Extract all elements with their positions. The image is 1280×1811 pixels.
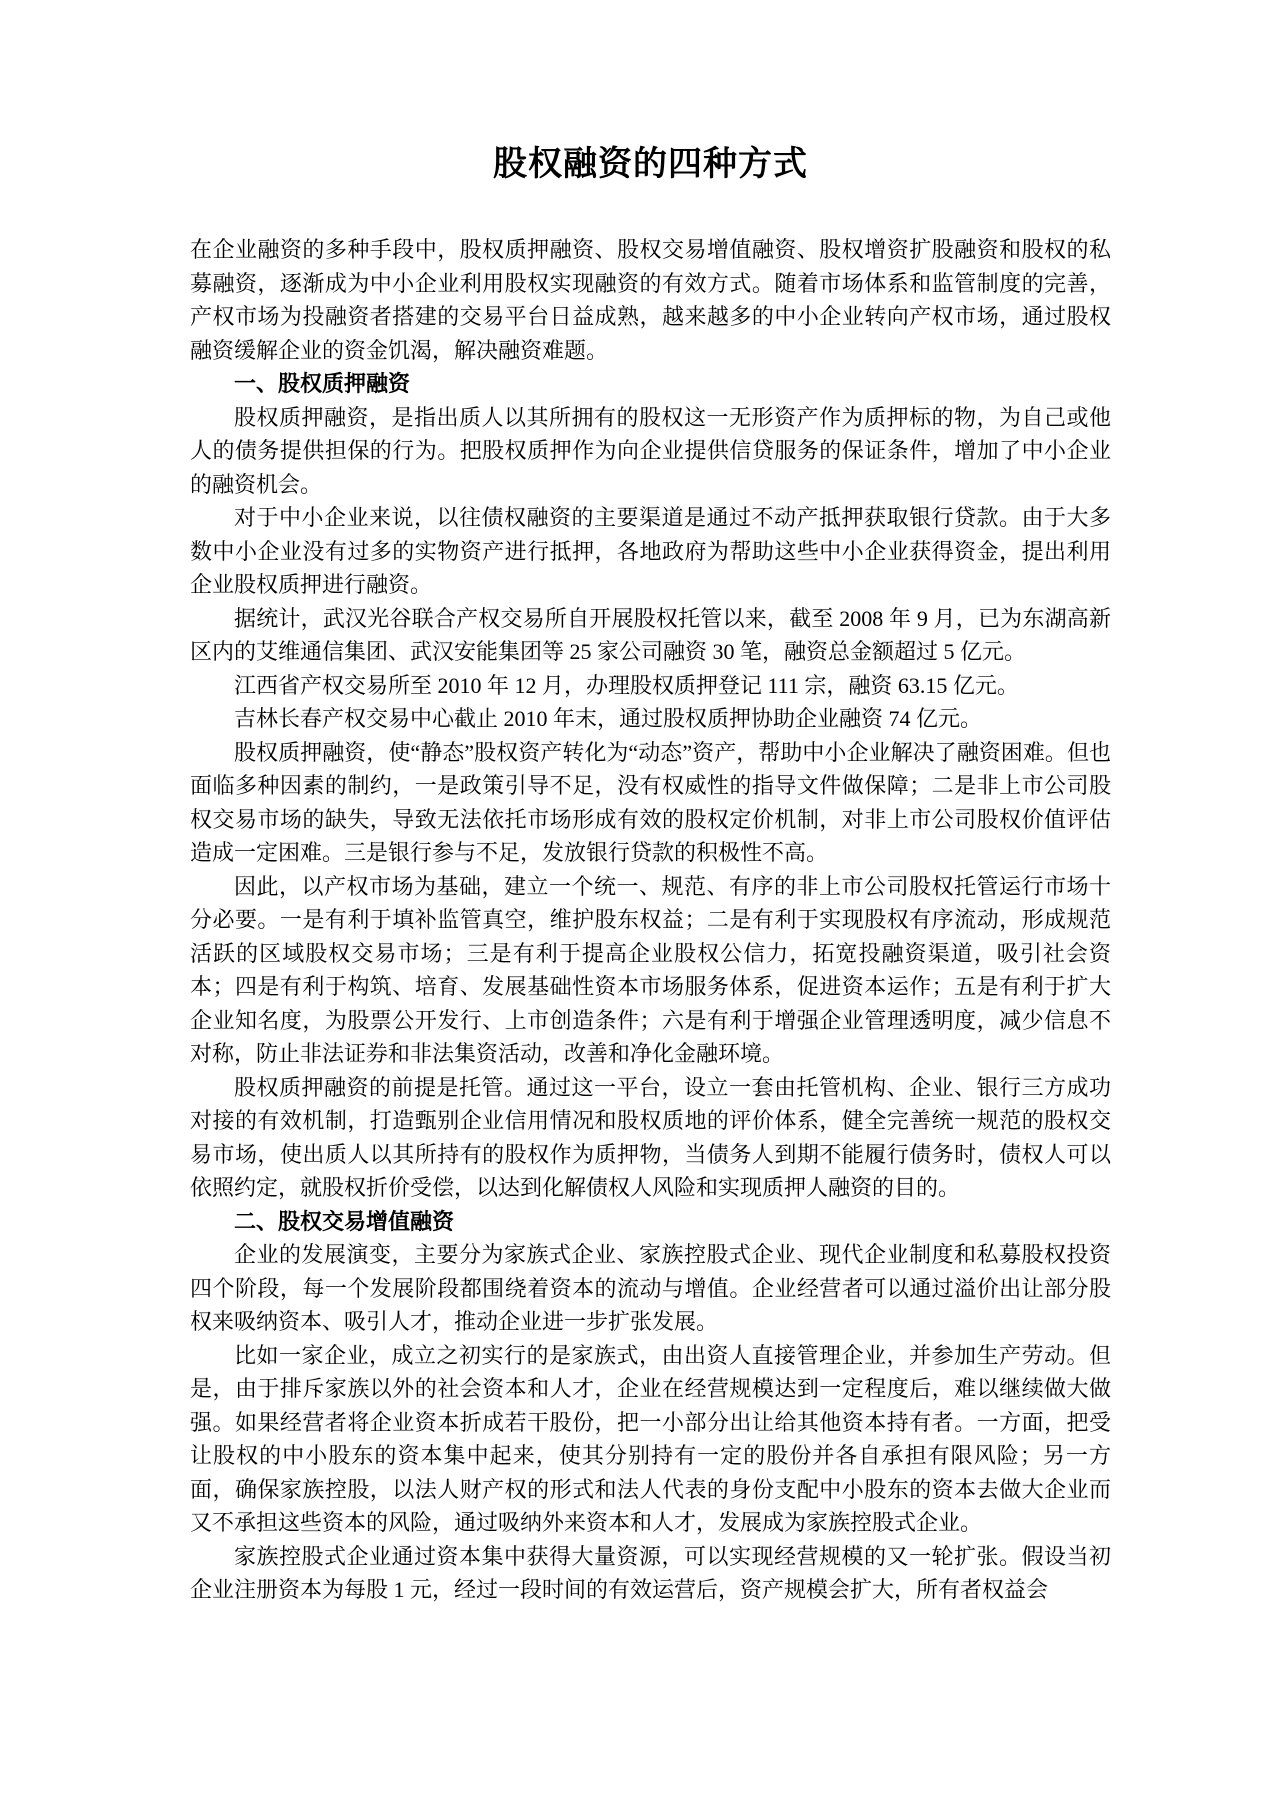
paragraph: 因此，以产权市场为基础，建立一个统一、规范、有序的非上市公司股权托管运行市场十分… [190,870,1111,1071]
document-title: 股权融资的四种方式 [190,143,1111,187]
document-body: 股权融资的四种方式 在企业融资的多种手段中，股权质押融资、股权交易增值融资、股权… [190,143,1111,1607]
paragraph: 据统计，武汉光谷联合产权交易所自开展股权托管以来，截至 2008 年 9 月，已… [190,602,1111,669]
paragraph: 股权质押融资，使“静态”股权资产转化为“动态”资产，帮助中小企业解决了融资困难。… [190,736,1111,870]
paragraph: 股权质押融资，是指出质人以其所拥有的股权这一无形资产作为质押标的物，为自己或他人… [190,401,1111,502]
paragraph: 企业的发展演变，主要分为家族式企业、家族控股式企业、现代企业制度和私募股权投资四… [190,1238,1111,1339]
paragraph: 家族控股式企业通过资本集中获得大量资源，可以实现经营规模的又一轮扩张。假设当初企… [190,1540,1111,1607]
paragraph: 股权质押融资的前提是托管。通过这一平台，设立一套由托管机构、企业、银行三方成功对… [190,1071,1111,1205]
paragraph: 比如一家企业，成立之初实行的是家族式，由出资人直接管理企业，并参加生产劳动。但是… [190,1339,1111,1540]
intro-paragraph: 在企业融资的多种手段中，股权质押融资、股权交易增值融资、股权增资扩股融资和股权的… [190,233,1111,367]
paragraph: 对于中小企业来说，以往债权融资的主要渠道是通过不动产抵押获取银行贷款。由于大多数… [190,501,1111,602]
document-page: 股权融资的四种方式 在企业融资的多种手段中，股权质押融资、股权交易增值融资、股权… [0,0,1280,1811]
paragraph: 吉林长春产权交易中心截止 2010 年末，通过股权质押协助企业融资 74 亿元。 [190,702,1111,736]
section-2-heading: 二、股权交易增值融资 [190,1205,1111,1239]
paragraph: 江西省产权交易所至 2010 年 12 月，办理股权质押登记 111 宗，融资 … [190,669,1111,703]
section-1-heading: 一、股权质押融资 [190,367,1111,401]
